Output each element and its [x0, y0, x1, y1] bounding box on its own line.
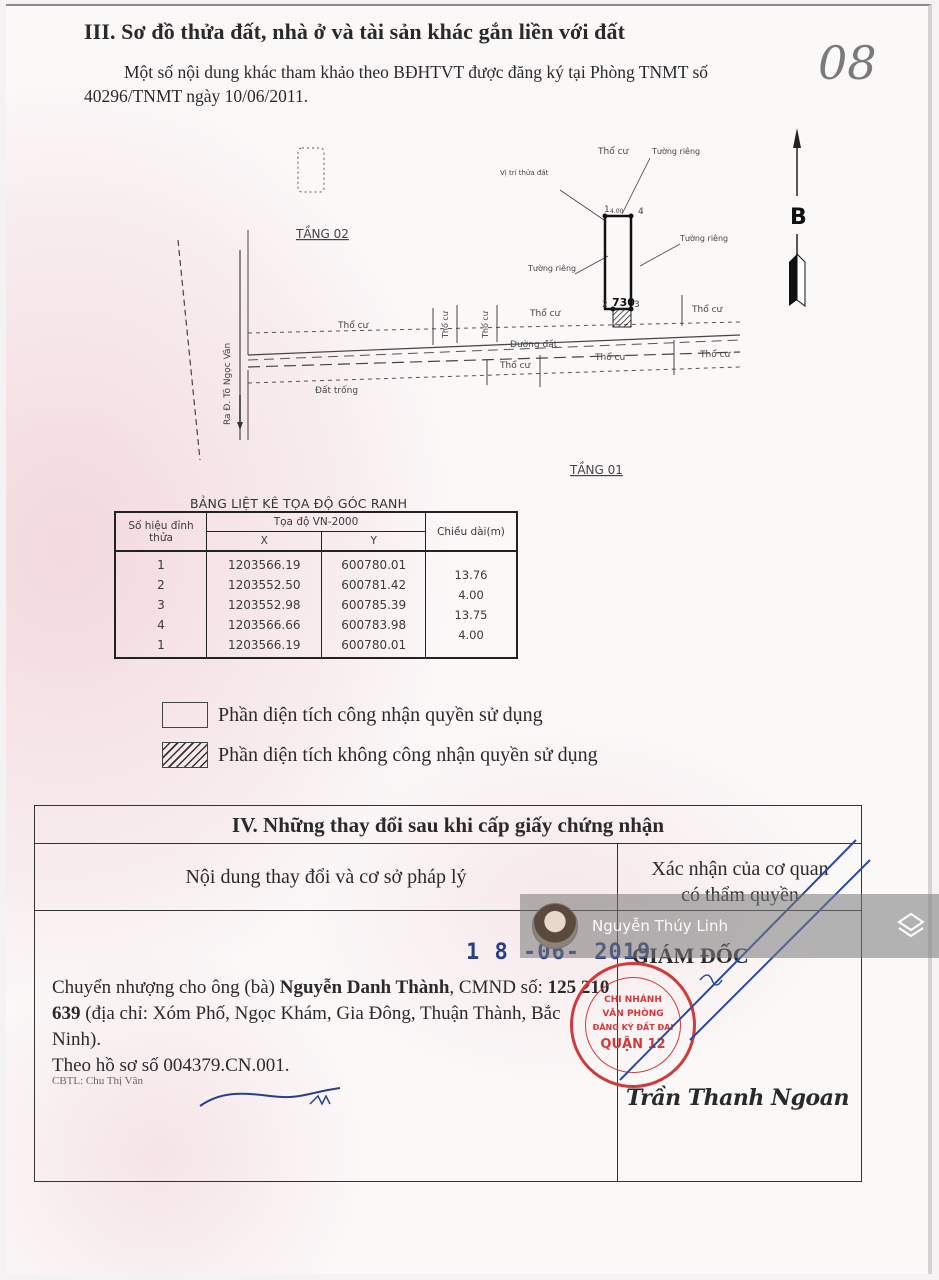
- director-signature-icon: [600, 830, 900, 1090]
- svg-text:Thổ cư: Thổ cư: [594, 352, 627, 363]
- hatched-box-icon: [162, 742, 208, 768]
- svg-text:TẦNG 01: TẦNG 01: [569, 461, 623, 477]
- col-changes-header: Nội dung thay đổi và cơ sở pháp lý: [35, 866, 617, 889]
- svg-text:Tường riêng: Tường riêng: [651, 146, 700, 156]
- svg-text:Thổ cư: Thổ cư: [597, 146, 630, 157]
- svg-text:3: 3: [634, 300, 640, 310]
- svg-text:Thổ cư: Thổ cư: [691, 304, 724, 315]
- svg-text:Đường đất: Đường đất: [510, 339, 558, 350]
- svg-text:Thổ cư: Thổ cư: [699, 349, 732, 360]
- coord-table: Số hiệu đỉnh thửa Tọa độ VN-2000 Chiều d…: [114, 511, 518, 659]
- legend-recognized: Phần diện tích công nhận quyền sử dụng: [162, 702, 543, 728]
- clerk-signature-icon: [190, 1082, 360, 1112]
- svg-text:4: 4: [638, 207, 644, 217]
- header-x: X: [207, 532, 322, 552]
- layers-logo-icon: [895, 910, 927, 942]
- avatar[interactable]: [532, 903, 578, 949]
- col-points: 1 2 3 4 1: [115, 551, 207, 658]
- empty-box-icon: [162, 702, 208, 728]
- legend-not-recognized: Phần diện tích không công nhận quyền sử …: [162, 742, 598, 768]
- header-point: Số hiệu đỉnh thửa: [115, 512, 207, 551]
- col-x: 1203566.19 1203552.50 1203552.98 1203566…: [207, 551, 322, 658]
- svg-text:Đất trống: Đất trống: [315, 385, 358, 396]
- transfer-note: Chuyển nhượng cho ông (bà) Nguyễn Danh T…: [52, 975, 612, 1079]
- svg-text:4.00: 4.00: [610, 208, 624, 215]
- header-y: Y: [322, 532, 426, 552]
- coord-table-title: BẢNG LIỆT KÊ TỌA ĐỘ GÓC RANH: [190, 496, 407, 511]
- svg-text:Thổ cư: Thổ cư: [529, 308, 562, 319]
- north-label: B: [790, 205, 807, 230]
- svg-text:Ra Đ. Tô Ngọc Vân: Ra Đ. Tô Ngọc Vân: [222, 343, 233, 425]
- header-system: Tọa độ VN-2000: [207, 512, 426, 532]
- svg-text:730: 730: [612, 296, 635, 309]
- svg-text:Thổ cư: Thổ cư: [337, 320, 370, 331]
- uploader-name[interactable]: Nguyễn Thúy Linh: [592, 917, 728, 935]
- svg-text:1: 1: [604, 205, 610, 215]
- file-reference: Theo hồ sơ số 004379.CN.001.: [52, 1055, 290, 1076]
- svg-text:Tường riêng: Tường riêng: [527, 263, 576, 273]
- svg-text:Tường riêng: Tường riêng: [679, 233, 728, 243]
- signer-name: Trần Thanh Ngoan: [626, 1085, 849, 1111]
- clerk-note: CBTL: Chu Thị Vân: [52, 1075, 143, 1087]
- header-length: Chiều dài(m): [426, 512, 518, 551]
- svg-text:2: 2: [602, 300, 608, 310]
- col-y: 600780.01 600781.42 600785.39 600783.98 …: [322, 551, 426, 658]
- parcel-map: B TẦNG 02 Ra Đ. Tô Ngọc Vân Thổ cư Thổ c…: [0, 0, 939, 490]
- transferee-name: Nguyễn Danh Thành: [280, 977, 450, 998]
- svg-text:Thổ cư: Thổ cư: [480, 310, 490, 339]
- uploader-overlay: Nguyễn Thúy Linh: [520, 894, 939, 958]
- svg-text:TẦNG 02: TẦNG 02: [295, 225, 349, 241]
- svg-text:Thổ cư: Thổ cư: [499, 360, 532, 371]
- svg-text:Vị trí thửa đất: Vị trí thửa đất: [500, 169, 549, 177]
- col-length: 13.76 4.00 13.75 4.00: [426, 551, 518, 658]
- svg-text:Thổ cư: Thổ cư: [440, 310, 450, 339]
